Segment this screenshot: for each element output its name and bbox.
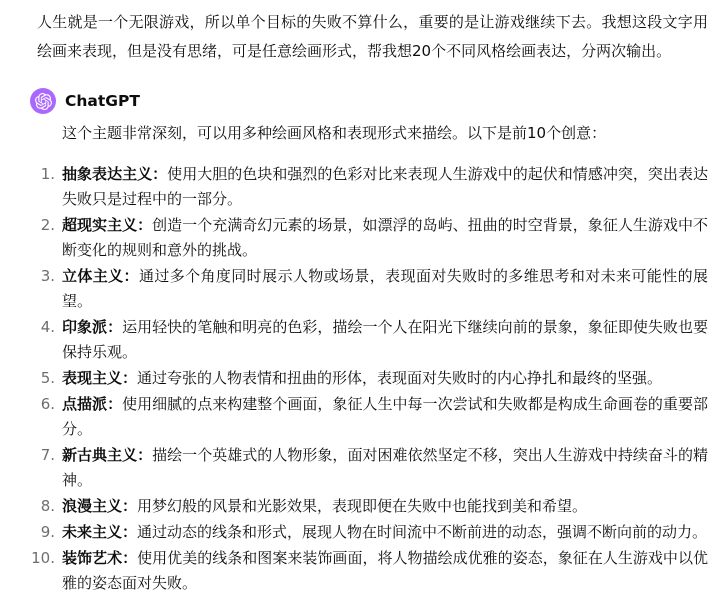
- idea-description: 通过夸张的人物表情和扭曲的形体，表现面对失败时的内心挣扎和最终的坚强。: [137, 369, 662, 387]
- idea-title: 装饰艺术：: [62, 549, 137, 567]
- idea-description: 描绘一个英雄式的人物形象，面对困难依然坚定不移，突出人生游戏中持续奋斗的精神。: [62, 446, 708, 489]
- list-item-number: 3.: [31, 264, 55, 289]
- idea-title: 新古典主义：: [62, 446, 152, 464]
- idea-title: 浪漫主义：: [62, 497, 137, 515]
- list-item: 3.立体主义：通过多个角度同时展示人物或场景，表现面对失败时的多维思考和对未来可…: [62, 264, 708, 314]
- idea-description: 创造一个充满奇幻元素的场景，如漂浮的岛屿、扭曲的时空背景，象征人生游戏中不断变化…: [62, 216, 708, 259]
- idea-title: 印象派：: [62, 318, 122, 336]
- idea-title: 未来主义：: [62, 523, 137, 541]
- assistant-header: ChatGPT: [30, 88, 722, 114]
- list-item-number: 7.: [31, 443, 55, 468]
- idea-description: 通过动态的线条和形式，展现人物在时间流中不断前进的动态，强调不断向前的动力。: [137, 523, 707, 541]
- list-item-number: 4.: [31, 315, 55, 340]
- idea-description: 通过多个角度同时展示人物或场景，表现面对失败时的多维思考和对未来可能性的展望。: [62, 267, 708, 310]
- assistant-intro: 这个主题非常深刻，可以用多种绘画风格和表现形式来描绘。以下是前10个创意：: [62, 121, 708, 146]
- idea-title: 立体主义：: [62, 267, 139, 285]
- user-message: 人生就是一个无限游戏，所以单个目标的失败不算什么，重要的是让游戏继续下去。我想这…: [37, 8, 708, 66]
- idea-description: 使用细腻的点来构建整个画面，象征人生中每一次尝试和失败都是构成生命画卷的重要部分…: [62, 395, 708, 438]
- list-item: 8.浪漫主义：用梦幻般的风景和光影效果，表现即便在失败中也能找到美和希望。: [62, 494, 708, 519]
- list-item: 1.抽象表达主义：使用大胆的色块和强烈的色彩对比来表现人生游戏中的起伏和情感冲突…: [62, 162, 708, 212]
- list-item-number: 10.: [31, 546, 55, 571]
- openai-logo-icon: [35, 93, 52, 110]
- list-item: 10.装饰艺术：使用优美的线条和图案来装饰画面，将人物描绘成优雅的姿态，象征在人…: [62, 546, 708, 596]
- list-item-number: 8.: [31, 494, 55, 519]
- list-item-number: 2.: [31, 213, 55, 238]
- list-item: 9.未来主义：通过动态的线条和形式，展现人物在时间流中不断前进的动态，强调不断向…: [62, 520, 708, 545]
- assistant-name-label: ChatGPT: [65, 92, 140, 110]
- list-item-number: 1.: [31, 162, 55, 187]
- ideas-list: 1.抽象表达主义：使用大胆的色块和强烈的色彩对比来表现人生游戏中的起伏和情感冲突…: [0, 162, 708, 596]
- idea-description: 运用轻快的笔触和明亮的色彩，描绘一个人在阳光下继续向前的景象，象征即使失败也要保…: [62, 318, 708, 361]
- list-item-number: 6.: [31, 392, 55, 417]
- idea-description: 用梦幻般的风景和光影效果，表现即便在失败中也能找到美和希望。: [137, 497, 587, 515]
- chatgpt-avatar: [30, 88, 56, 114]
- list-item-number: 9.: [31, 520, 55, 545]
- list-item: 7.新古典主义：描绘一个英雄式的人物形象，面对困难依然坚定不移，突出人生游戏中持…: [62, 443, 708, 493]
- list-item: 6.点描派：使用细腻的点来构建整个画面，象征人生中每一次尝试和失败都是构成生命画…: [62, 392, 708, 442]
- idea-title: 表现主义：: [62, 369, 137, 387]
- idea-title: 抽象表达主义：: [62, 165, 167, 183]
- list-item-number: 5.: [31, 366, 55, 391]
- list-item: 4.印象派：运用轻快的笔触和明亮的色彩，描绘一个人在阳光下继续向前的景象，象征即…: [62, 315, 708, 365]
- idea-title: 点描派：: [62, 395, 122, 413]
- list-item: 2.超现实主义：创造一个充满奇幻元素的场景，如漂浮的岛屿、扭曲的时空背景，象征人…: [62, 213, 708, 263]
- list-item: 5.表现主义：通过夸张的人物表情和扭曲的形体，表现面对失败时的内心挣扎和最终的坚…: [62, 366, 708, 391]
- idea-title: 超现实主义：: [62, 216, 152, 234]
- idea-description: 使用优美的线条和图案来装饰画面，将人物描绘成优雅的姿态，象征在人生游戏中以优雅的…: [62, 549, 708, 592]
